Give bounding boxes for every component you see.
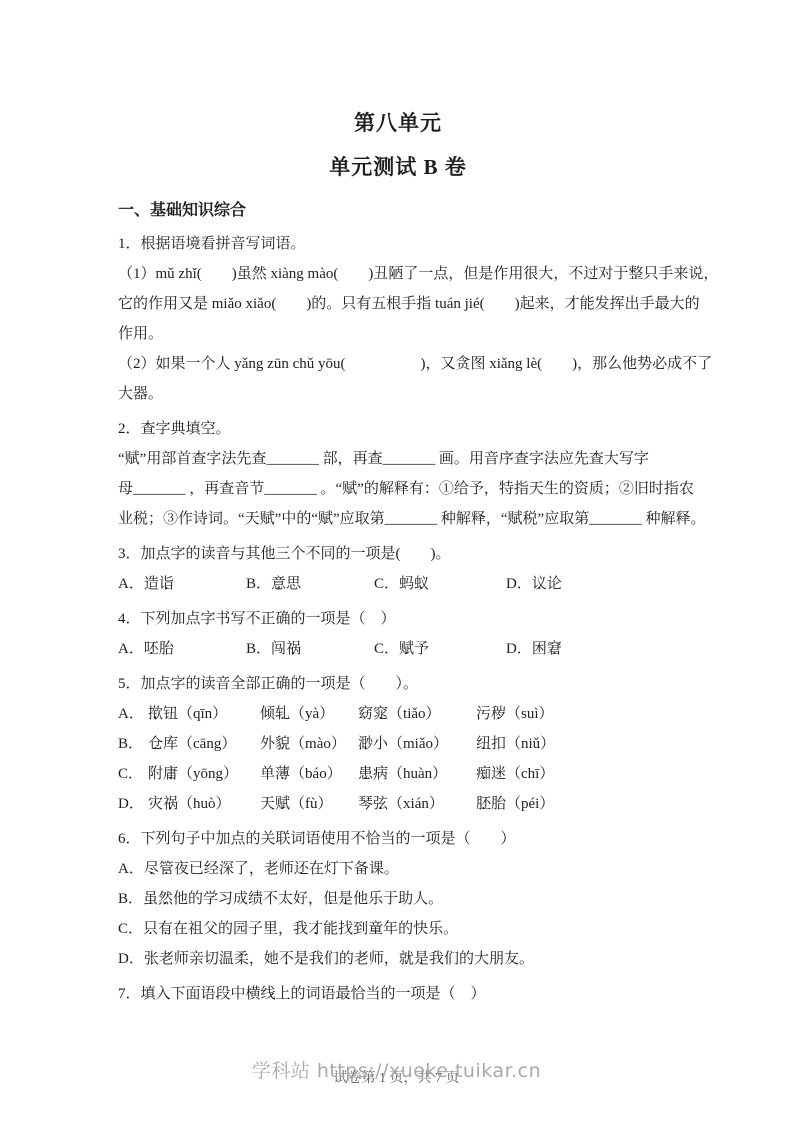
word-item: 胚胎（péi） bbox=[476, 789, 678, 819]
question-6-stem: 6．下列句子中加点的关联词语使用不恰当的一项是（ ） bbox=[118, 824, 678, 854]
option-c-label: C． bbox=[374, 576, 399, 592]
word-item: 揿钮（qīn） bbox=[148, 699, 260, 729]
question-2-stem: 2．查字典填空。 bbox=[118, 414, 678, 444]
option-d-text: 议论 bbox=[532, 576, 562, 592]
question-3-stem: 3．加点字的读音与其他三个不同的一项是( )。 bbox=[118, 539, 678, 569]
doc-title: 第八单元 bbox=[118, 110, 678, 136]
word-item: 灾祸（huò） bbox=[148, 789, 260, 819]
word-item: 天赋（fù） bbox=[260, 789, 358, 819]
question-5-row-a: A． 揿钮（qīn） 倾轧（yà） 窈窕（tiǎo） 污秽（suì） bbox=[118, 699, 678, 729]
option-c-text: 赋予 bbox=[399, 641, 429, 657]
option-b-label: B． bbox=[246, 576, 271, 592]
word-item: 琴弦（xián） bbox=[358, 789, 476, 819]
site-watermark: 学科站 https://xueke.tuikar.cn bbox=[0, 1056, 793, 1083]
word-item: 单薄（báo） bbox=[260, 759, 358, 789]
option-b-text: 意思 bbox=[271, 576, 301, 592]
question-1-line: 它的作用又是 miǎo xiǎo( )的。只有五根手指 tuán jié( )起… bbox=[118, 289, 678, 319]
question-2: 2．查字典填空。 “赋”用部首查字法先查_______ 部，再查_______ … bbox=[118, 414, 678, 534]
word-item: 附庸（yōng） bbox=[148, 759, 260, 789]
question-6-option-d: D．张老师亲切温柔，她不是我们的老师，就是我们的大朋友。 bbox=[118, 944, 678, 974]
option-c-text: 只有在祖父的园子里，我才能找到童年的快乐。 bbox=[143, 921, 458, 937]
question-1-line: （1）mǔ zhǐ( )虽然 xiàng mào( )丑陋了一点，但是作用很大，… bbox=[118, 259, 678, 289]
word-item: 仓库（cāng） bbox=[148, 729, 260, 759]
option-a-label: A． bbox=[118, 576, 144, 592]
option-d: D．困窘 bbox=[506, 634, 678, 664]
option-c-label: C． bbox=[374, 641, 399, 657]
question-2-line: “赋”用部首查字法先查_______ 部，再查_______ 画。用音序查字法应… bbox=[118, 444, 678, 474]
option-b-label: B． bbox=[246, 641, 271, 657]
word-item: 外貌（mào） bbox=[260, 729, 358, 759]
option-d-label: D． bbox=[118, 789, 148, 819]
option-d-text: 张老师亲切温柔，她不是我们的老师，就是我们的大朋友。 bbox=[144, 951, 534, 967]
option-d-label: D． bbox=[506, 641, 532, 657]
option-a-label: A． bbox=[118, 641, 144, 657]
option-b: B．意思 bbox=[246, 569, 374, 599]
question-4: 4．下列加点字书写不正确的一项是（ ） A．呸胎 B．闯祸 C．赋予 D．困窘 bbox=[118, 604, 678, 664]
word-item: 污秽（suì） bbox=[476, 699, 678, 729]
question-5-stem: 5．加点字的读音全部正确的一项是（ ）。 bbox=[118, 669, 678, 699]
word-item: 患病（huàn） bbox=[358, 759, 476, 789]
option-d-label: D． bbox=[118, 951, 144, 967]
option-a-text: 造诣 bbox=[144, 576, 174, 592]
question-1: 1．根据语境看拼音写词语。 （1）mǔ zhǐ( )虽然 xiàng mào( … bbox=[118, 229, 678, 409]
question-1-line: （2）如果一个人 yǎng zūn chǔ yōu( )，又贪图 xiǎng l… bbox=[118, 349, 678, 379]
question-6: 6．下列句子中加点的关联词语使用不恰当的一项是（ ） A．尽管夜已经深了，老师还… bbox=[118, 824, 678, 974]
question-3-options: A．造诣 B．意思 C．蚂蚁 D．议论 bbox=[118, 569, 678, 599]
question-5: 5．加点字的读音全部正确的一项是（ ）。 A． 揿钮（qīn） 倾轧（yà） 窈… bbox=[118, 669, 678, 819]
option-c-label: C． bbox=[118, 759, 148, 789]
question-1-line: 作用。 bbox=[118, 319, 678, 349]
word-item: 纽扣（niǔ） bbox=[476, 729, 678, 759]
option-d-label: D． bbox=[506, 576, 532, 592]
question-7-stem: 7．填入下面语段中横线上的词语最恰当的一项是（ ） bbox=[118, 979, 678, 1009]
option-a: A．呸胎 bbox=[118, 634, 246, 664]
question-6-option-b: B．虽然他的学习成绩不太好，但是他乐于助人。 bbox=[118, 884, 678, 914]
question-5-row-c: C． 附庸（yōng） 单薄（báo） 患病（huàn） 痴迷（chī） bbox=[118, 759, 678, 789]
question-6-option-c: C．只有在祖父的园子里，我才能找到童年的快乐。 bbox=[118, 914, 678, 944]
option-a-label: A． bbox=[118, 861, 144, 877]
question-1-stem: 1．根据语境看拼音写词语。 bbox=[118, 229, 678, 259]
option-c: C．蚂蚁 bbox=[374, 569, 506, 599]
question-5-row-b: B． 仓库（cāng） 外貌（mào） 渺小（miǎo） 纽扣（niǔ） bbox=[118, 729, 678, 759]
question-2-line: 母_______ ，再查音节_______ 。“赋”的解释有：①给予，特指天生的… bbox=[118, 474, 678, 504]
question-6-option-a: A．尽管夜已经深了，老师还在灯下备课。 bbox=[118, 854, 678, 884]
question-4-stem: 4．下列加点字书写不正确的一项是（ ） bbox=[118, 604, 678, 634]
option-a-text: 尽管夜已经深了，老师还在灯下备课。 bbox=[144, 861, 399, 877]
doc-subtitle: 单元测试 B 卷 bbox=[118, 154, 678, 180]
option-b-text: 闯祸 bbox=[271, 641, 301, 657]
question-5-row-d: D． 灾祸（huò） 天赋（fù） 琴弦（xián） 胚胎（péi） bbox=[118, 789, 678, 819]
option-b: B．闯祸 bbox=[246, 634, 374, 664]
option-a: A．造诣 bbox=[118, 569, 246, 599]
option-c: C．赋予 bbox=[374, 634, 506, 664]
question-3: 3．加点字的读音与其他三个不同的一项是( )。 A．造诣 B．意思 C．蚂蚁 D… bbox=[118, 539, 678, 599]
page-content: 第八单元 单元测试 B 卷 一、基础知识综合 1．根据语境看拼音写词语。 （1）… bbox=[118, 0, 678, 1009]
option-b-label: B． bbox=[118, 729, 148, 759]
option-b-text: 虽然他的学习成绩不太好，但是他乐于助人。 bbox=[143, 891, 443, 907]
option-c-label: C． bbox=[118, 921, 143, 937]
option-c-text: 蚂蚁 bbox=[399, 576, 429, 592]
test-paper-page: 第八单元 单元测试 B 卷 一、基础知识综合 1．根据语境看拼音写词语。 （1）… bbox=[0, 0, 793, 1122]
option-b-label: B． bbox=[118, 891, 143, 907]
word-item: 窈窕（tiǎo） bbox=[358, 699, 476, 729]
section-heading: 一、基础知识综合 bbox=[118, 198, 678, 224]
question-1-line: 大器。 bbox=[118, 379, 678, 409]
option-a-text: 呸胎 bbox=[144, 641, 174, 657]
option-d: D．议论 bbox=[506, 569, 678, 599]
option-d-text: 困窘 bbox=[532, 641, 562, 657]
question-4-options: A．呸胎 B．闯祸 C．赋予 D．困窘 bbox=[118, 634, 678, 664]
option-a-label: A． bbox=[118, 699, 148, 729]
word-item: 渺小（miǎo） bbox=[358, 729, 476, 759]
word-item: 痴迷（chī） bbox=[476, 759, 678, 789]
question-7: 7．填入下面语段中横线上的词语最恰当的一项是（ ） bbox=[118, 979, 678, 1009]
word-item: 倾轧（yà） bbox=[260, 699, 358, 729]
question-2-line: 业税；③作诗词。“天赋”中的“赋”应取第_______ 种解释，“赋税”应取第_… bbox=[118, 504, 678, 534]
